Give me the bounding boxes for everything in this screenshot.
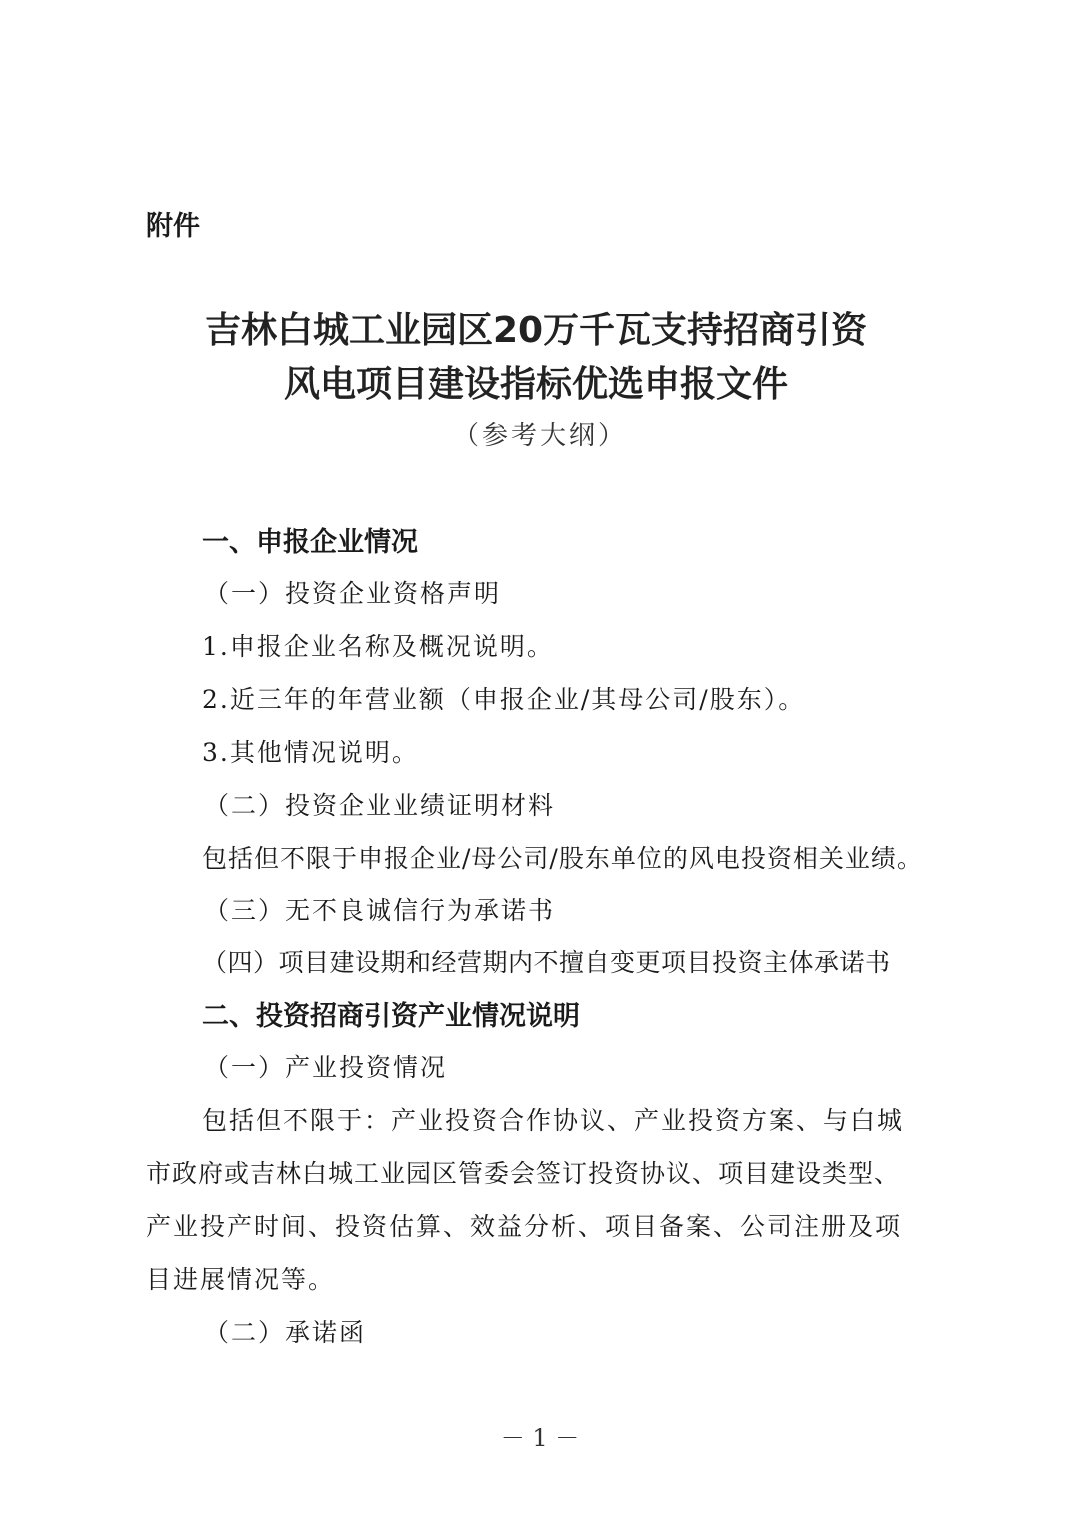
subsection-heading: （二）投资企业业绩证明材料 [204,786,555,822]
paragraph-line: 包括但不限于：产业投资合作协议、产业投资方案、与白城 [202,1101,904,1137]
paragraph: 包括但不限于申报企业/母公司/股东单位的风电投资相关业绩。 [202,839,923,875]
title-line-1: 吉林白城工业园区20万千瓦支持招商引资 [0,302,1076,353]
list-item: 2.近三年的年营业额（申报企业/其母公司/股东）。 [202,680,805,716]
subsection-heading: （三）无不良诚信行为承诺书 [204,891,555,927]
subtitle: （参考大纲） [0,415,1080,452]
paragraph-line: 市政府或吉林白城工业园区管委会签订投资协议、项目建设类型、 [146,1154,900,1190]
subsection-heading: （二）承诺函 [204,1313,366,1349]
paragraph-line: 产业投产时间、投资估算、效益分析、项目备案、公司注册及项 [146,1207,902,1243]
page-number: － 1 － [0,1418,1080,1453]
title-line-2: 风电项目建设指标优选申报文件 [0,356,1076,407]
subsection-heading: （四）项目建设期和经营期内不擅自变更项目投资主体承诺书 [202,943,891,979]
section-heading-1: 一、申报企业情况 [202,520,418,559]
attachment-label: 附件 [146,204,200,243]
paragraph-line: 目进展情况等。 [146,1260,335,1296]
list-item: 1.申报企业名称及概况说明。 [202,627,554,663]
section-heading-2: 二、投资招商引资产业情况说明 [202,994,580,1033]
subsection-heading: （一）产业投资情况 [204,1048,447,1084]
list-item: 3.其他情况说明。 [202,733,419,769]
subsection-heading: （一）投资企业资格声明 [204,574,501,610]
